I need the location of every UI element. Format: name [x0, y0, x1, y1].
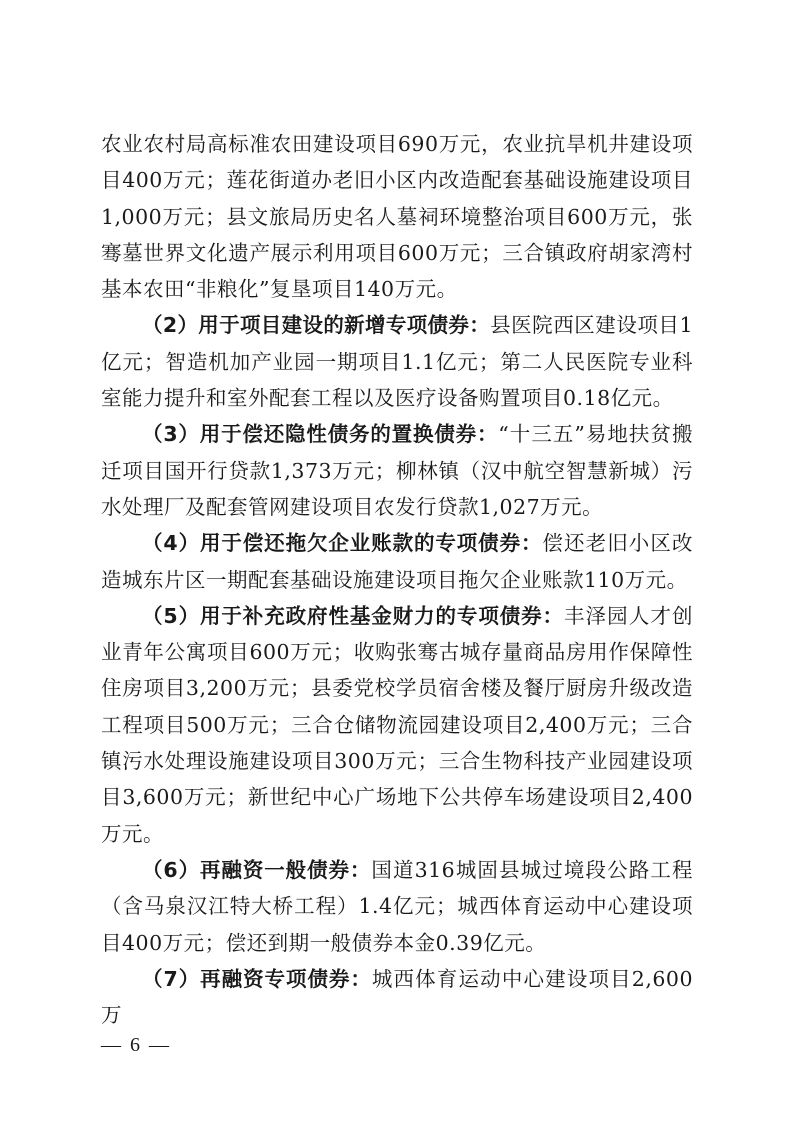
paragraph-heading: （7）再融资专项债券： [142, 967, 372, 991]
page-number: — 6 — [101, 1032, 171, 1058]
document-body: 农业农村局高标准农田建设项目690万元，农业抗旱机井建设项目400万元；莲花街道… [101, 126, 693, 1033]
paragraph-heading: （4）用于偿还拖欠企业账款的专项债券： [142, 531, 542, 555]
paragraph-refinancing-special-bonds: （7）再融资专项债券：城西体育运动中心建设项目2,600万 [101, 961, 693, 1034]
paragraph-replacement-bonds: （3）用于偿还隐性债务的置换债券：“十三五”易地扶贫搬迁项目国开行贷款1,373… [101, 416, 693, 525]
paragraph-text: 农业农村局高标准农田建设项目690万元，农业抗旱机井建设项目400万元；莲花街道… [101, 132, 693, 301]
paragraph-arrears-bonds: （4）用于偿还拖欠企业账款的专项债券：偿还老旧小区改造城东片区一期配套基础设施建… [101, 525, 693, 598]
paragraph-refinancing-general-bonds: （6）再融资一般债券：国道316城固县城过境段公路工程（含马泉汉江特大桥工程）1… [101, 852, 693, 961]
document-page: 农业农村局高标准农田建设项目690万元，农业抗旱机井建设项目400万元；莲花街道… [0, 0, 793, 1122]
paragraph-text: 丰泽园人才创业青年公寓项目600万元；收购张骞古城存量商品房用作保障性住房项目3… [101, 604, 693, 846]
paragraph-new-special-bonds: （2）用于项目建设的新增专项债券：县医院西区建设项目1亿元；智造机加产业园一期项… [101, 307, 693, 416]
paragraph-fund-supplement-bonds: （5）用于补充政府性基金财力的专项债券：丰泽园人才创业青年公寓项目600万元；收… [101, 598, 693, 852]
paragraph-heading: （2）用于项目建设的新增专项债券： [142, 313, 490, 337]
paragraph-heading: （3）用于偿还隐性债务的置换债券： [142, 422, 498, 446]
paragraph-continuation: 农业农村局高标准农田建设项目690万元，农业抗旱机井建设项目400万元；莲花街道… [101, 126, 693, 307]
paragraph-heading: （5）用于补充政府性基金财力的专项债券： [142, 604, 564, 628]
paragraph-heading: （6）再融资一般债券： [142, 858, 371, 882]
